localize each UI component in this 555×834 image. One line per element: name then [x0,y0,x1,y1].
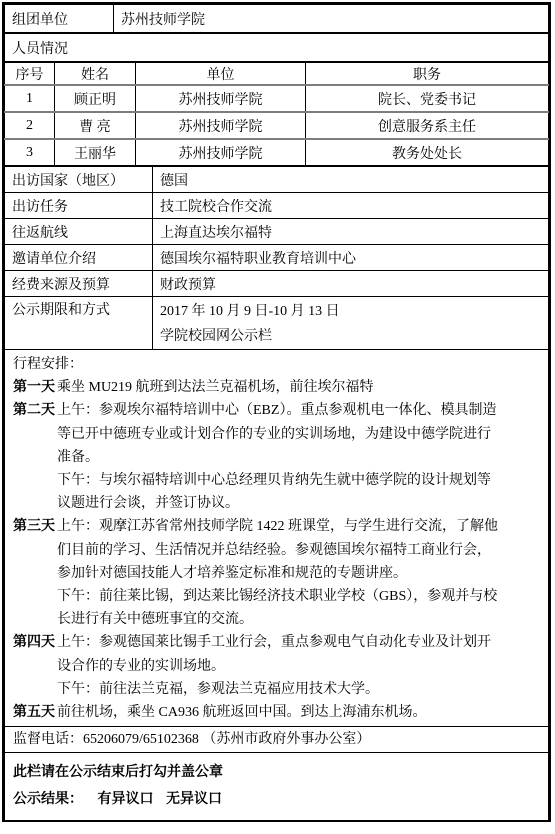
itinerary-line: 上午：观摩江苏省常州技师学院 1422 班课堂，与学生进行交流，了解他 [57,515,548,538]
itinerary-line: 等已开中德班专业或计划合作的专业的实训场地，为建设中德学院进行 [57,423,548,446]
column-header-no: 序号 [5,63,55,86]
itinerary-line: 前往机场，乘坐 CA936 航班返回中国。到达上海浦东机场。 [57,701,548,724]
trip-info-table: 出访国家（地区） 德国 出访任务 技工院校合作交流 往返航线 上海直达埃尔福特 … [4,166,549,350]
result-option-objection: 有异议口 [98,792,154,807]
itinerary-line: 上午：参观埃尔福特培训中心（EBZ）。重点参观机电一体化、模具制造 [57,399,548,422]
table-row: 2 曹 亮 苏州技师学院 创意服务系主任 [5,112,549,139]
personnel-header-row: 序号 姓名 单位 职务 [5,63,549,86]
itinerary-line: 乘坐 MU219 航班到达法兰克福机场，前往埃尔福特 [57,376,548,399]
itinerary-day-1: 第一天 乘坐 MU219 航班到达法兰克福机场，前往埃尔福特 [5,376,548,399]
itinerary-paragraph: 上午：参观埃尔福特培训中心（EBZ）。重点参观机电一体化、模具制造 等已开中德班… [57,399,548,469]
cell-unit: 苏州技师学院 [136,139,306,166]
cell-no: 3 [5,139,55,166]
itinerary-line: 准备。 [57,446,548,469]
itinerary-paragraph: 前往机场，乘坐 CA936 航班返回中国。到达上海浦东机场。 [57,701,548,724]
group-unit-label: 组团单位 [5,5,114,33]
field-value-mission: 技工院校合作交流 [153,193,549,219]
table-row: 出访国家（地区） 德国 [5,167,549,193]
itinerary-line: 长进行有关中德班事宜的交流。 [57,608,548,631]
personnel-section-title-row: 人员情况 [4,33,549,62]
cell-no: 2 [5,112,55,139]
publicity-period-dates: 2017 年 10 月 9 日-10 月 13 日 [160,299,541,324]
column-header-unit: 单位 [136,63,306,86]
cell-no: 1 [5,85,55,112]
field-label-inviter: 邀请单位介绍 [5,245,153,271]
itinerary-line: 下午：前往莱比锡，到达莱比锡经济技术职业学校（GBS），参观并与校 [57,585,548,608]
table-row: 往返航线 上海直达埃尔福特 [5,219,549,245]
table-row: 人员情况 [5,34,549,62]
itinerary-day-label: 第三天 [13,515,55,538]
itinerary-line: 议题进行会谈，并签订协议。 [57,492,548,515]
itinerary-paragraph: 乘坐 MU219 航班到达法兰克福机场，前往埃尔福特 [57,376,548,399]
field-label-country: 出访国家（地区） [5,167,153,193]
cell-unit: 苏州技师学院 [136,85,306,112]
field-value-inviter: 德国埃尔福特职业教育培训中心 [153,245,549,271]
field-value-publicity-period: 2017 年 10 月 9 日-10 月 13 日 学院校园网公示栏 [153,297,549,350]
cell-unit: 苏州技师学院 [136,112,306,139]
field-value-country: 德国 [153,167,549,193]
supervision-phone-row: 监督电话：65206079/65102368 （苏州市政府外事办公室） [4,727,549,753]
itinerary-paragraph: 上午：参观德国莱比锡手工业行会，重点参观电气自动化专业及计划开 设合作的专业的实… [57,631,548,677]
publicity-result-row: 公示结果： 有异议口 无异议口 [13,786,548,813]
itinerary-paragraph: 下午：前往法兰克福，参观法兰克福应用技术大学。 [57,678,548,701]
group-unit-table: 组团单位 苏州技师学院 [4,4,549,33]
itinerary-day-5: 第五天 前往机场，乘坐 CA936 航班返回中国。到达上海浦东机场。 [5,701,548,724]
cell-name: 曹 亮 [55,112,136,139]
publicity-result-label: 公示结果： [13,792,83,807]
cell-title: 创意服务系主任 [306,112,549,139]
itinerary-day-label: 第五天 [13,701,55,724]
column-header-name: 姓名 [55,63,136,86]
cell-title: 院长、党委书记 [306,85,549,112]
itinerary-day-3: 第三天 上午：观摩江苏省常州技师学院 1422 班课堂，与学生进行交流，了解他 … [5,515,548,631]
publicity-period-place: 学院校园网公示栏 [160,324,541,349]
result-option-no-objection: 无异议口 [166,792,222,807]
table-row: 组团单位 苏州技师学院 [5,5,549,33]
itinerary-line: 参加针对德国技能人才培养鉴定标准和规范的专题讲座。 [57,562,548,585]
itinerary-line: 下午：与埃尔福特培训中心总经理贝肯纳先生就中德学院的设计规划等 [57,469,548,492]
field-label-mission: 出访任务 [5,193,153,219]
itinerary-day-4: 第四天 上午：参观德国莱比锡手工业行会，重点参观电气自动化专业及计划开 设合作的… [5,631,548,701]
stamp-note: 此栏请在公示结束后打勾并盖公章 [13,759,548,786]
cell-name: 王丽华 [55,139,136,166]
itinerary-day-2: 第二天 上午：参观埃尔福特培训中心（EBZ）。重点参观机电一体化、模具制造 等已… [5,399,548,515]
itinerary-line: 下午：前往法兰克福，参观法兰克福应用技术大学。 [57,678,548,701]
field-value-budget: 财政预算 [153,271,549,297]
group-unit-value: 苏州技师学院 [114,5,549,33]
field-label-publicity-period: 公示期限和方式 [5,297,153,350]
column-header-title: 职务 [306,63,549,86]
itinerary-paragraph: 下午：前往莱比锡，到达莱比锡经济技术职业学校（GBS），参观并与校 长进行有关中… [57,585,548,631]
itinerary-day-label: 第二天 [13,399,55,422]
table-row: 1 顾正明 苏州技师学院 院长、党委书记 [5,85,549,112]
personnel-table: 序号 姓名 单位 职务 1 顾正明 苏州技师学院 院长、党委书记 2 曹 亮 苏… [4,62,549,166]
table-row: 出访任务 技工院校合作交流 [5,193,549,219]
table-row: 公示期限和方式 2017 年 10 月 9 日-10 月 13 日 学院校园网公… [5,297,549,350]
itinerary-line: 上午：参观德国莱比锡手工业行会，重点参观电气自动化专业及计划开 [57,631,548,654]
itinerary-section: 行程安排： 第一天 乘坐 MU219 航班到达法兰克福机场，前往埃尔福特 第二天… [4,350,549,727]
field-label-route: 往返航线 [5,219,153,245]
stamp-section: 此栏请在公示结束后打勾并盖公章 公示结果： 有异议口 无异议口 [4,753,549,820]
itinerary-day-label: 第四天 [13,631,55,654]
table-row: 3 王丽华 苏州技师学院 教务处处长 [5,139,549,166]
table-row: 邀请单位介绍 德国埃尔福特职业教育培训中心 [5,245,549,271]
itinerary-paragraph: 下午：与埃尔福特培训中心总经理贝肯纳先生就中德学院的设计规划等 议题进行会谈，并… [57,469,548,515]
itinerary-heading: 行程安排： [5,353,548,376]
itinerary-line: 设合作的专业的实训场地。 [57,655,548,678]
itinerary-line: 们目前的学习、生活情况并总结经验。参观德国埃尔福特工商业行会， [57,539,548,562]
itinerary-day-label: 第一天 [13,376,55,399]
itinerary-paragraph: 上午：观摩江苏省常州技师学院 1422 班课堂，与学生进行交流，了解他 们目前的… [57,515,548,585]
supervision-phone-text: 监督电话：65206079/65102368 （苏州市政府外事办公室） [13,732,370,747]
public-notice-document: 组团单位 苏州技师学院 人员情况 序号 姓名 单位 职务 1 顾正明 苏州技师学… [2,2,551,822]
personnel-section-title: 人员情况 [5,34,549,62]
field-value-route: 上海直达埃尔福特 [153,219,549,245]
field-label-budget: 经费来源及预算 [5,271,153,297]
table-row: 经费来源及预算 财政预算 [5,271,549,297]
cell-name: 顾正明 [55,85,136,112]
cell-title: 教务处处长 [306,139,549,166]
